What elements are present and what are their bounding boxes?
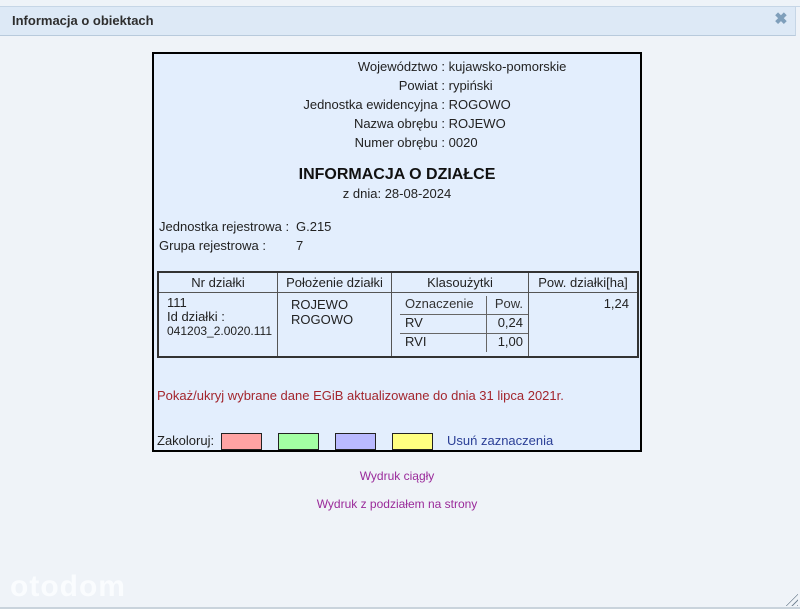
location-row: Powiat : rypiński (154, 76, 566, 95)
registry-info: Jednostka rejestrowa :G.215 Grupa rejest… (159, 217, 331, 255)
column-header: Położenie działki (278, 272, 392, 293)
parcel-table: Nr działki Położenie działki Klasoużytki… (157, 271, 639, 358)
color-swatch-yellow[interactable] (392, 433, 433, 450)
location-label: Numer obrębu : (154, 133, 445, 152)
column-header: Pow. działki[ha] (529, 272, 639, 293)
parcel-location-cell: ROJEWO ROGOWO (278, 293, 392, 358)
registry-label: Jednostka rejestrowa : (159, 217, 296, 236)
land-class-symbol: RVI (400, 334, 487, 353)
column-header: Klasoużytki (392, 272, 529, 293)
land-class-area: 1,00 (487, 334, 529, 353)
land-class-area: 0,24 (487, 315, 529, 334)
color-swatch-green[interactable] (278, 433, 319, 450)
land-class-cell: Oznaczenie Pow. RV 0,24 RVI 1,00 (392, 293, 529, 358)
parcel-id-label: Id działki : (167, 310, 277, 324)
dialog-titlebar[interactable]: Informacja o obiektach ✖ (0, 7, 796, 36)
clear-selection-link[interactable]: Usuń zaznaczenia (447, 433, 553, 448)
location-value: 0020 (449, 135, 478, 150)
location-row: Nazwa obrębu : ROJEWO (154, 114, 566, 133)
report-heading: INFORMACJA O DZIAŁCE (154, 166, 640, 184)
parcel-location-line: ROJEWO (291, 297, 391, 312)
parcel-number: 111 (167, 296, 277, 310)
location-info: Województwo : kujawsko-pomorskie Powiat … (154, 57, 566, 152)
location-value: kujawsko-pomorskie (449, 59, 567, 74)
location-label: Nazwa obrębu : (154, 114, 445, 133)
parcel-location-line: ROGOWO (291, 312, 391, 327)
registry-row: Grupa rejestrowa :7 (159, 236, 331, 255)
land-class-header: Oznaczenie Pow. (400, 296, 528, 315)
land-class-row: RV 0,24 (400, 315, 528, 334)
land-class-header-cell: Oznaczenie (400, 296, 487, 315)
parcel-number-cell: 111 Id działki : 041203_2.0020.111 (158, 293, 278, 358)
location-label: Województwo : (154, 57, 445, 76)
land-class-header-cell: Pow. (487, 296, 529, 315)
registry-row: Jednostka rejestrowa :G.215 (159, 217, 331, 236)
table-header-row: Nr działki Położenie działki Klasoużytki… (158, 272, 638, 293)
location-label: Powiat : (154, 76, 445, 95)
land-class-symbol: RV (400, 315, 487, 334)
close-icon[interactable]: ✖ (773, 11, 789, 29)
watermark-logo: otodom (10, 570, 126, 604)
location-row: Jednostka ewidencyjna : ROGOWO (154, 95, 566, 114)
location-value: rypiński (449, 78, 493, 93)
location-row: Województwo : kujawsko-pomorskie (154, 57, 566, 76)
parcel-info-box: Województwo : kujawsko-pomorskie Powiat … (152, 52, 642, 452)
land-class-row: RVI 1,00 (400, 334, 528, 353)
parcel-id-value: 041203_2.0020.111 (167, 324, 277, 338)
table-row: 111 Id działki : 041203_2.0020.111 ROJEW… (158, 293, 638, 358)
dialog-content: Województwo : kujawsko-pomorskie Powiat … (0, 36, 800, 601)
registry-label: Grupa rejestrowa : (159, 236, 296, 255)
location-row: Numer obrębu : 0020 (154, 133, 566, 152)
land-class-table: Oznaczenie Pow. RV 0,24 RVI 1,00 (400, 296, 528, 352)
top-strip (0, 0, 800, 7)
column-header: Nr działki (158, 272, 278, 293)
color-swatch-blue[interactable] (335, 433, 376, 450)
color-swatch-red[interactable] (221, 433, 262, 450)
registry-value: 7 (296, 238, 303, 253)
location-label: Jednostka ewidencyjna : (154, 95, 445, 114)
registry-value: G.215 (296, 219, 331, 234)
print-paged-link[interactable]: Wydruk z podziałem na strony (0, 497, 794, 511)
colorize-label: Zakoloruj: (157, 433, 214, 448)
dialog-title: Informacja o obiektach (12, 13, 154, 28)
location-value: ROGOWO (449, 97, 511, 112)
egib-toggle-link[interactable]: Pokaż/ukryj wybrane dane EGiB aktualizow… (157, 388, 564, 403)
report-date: z dnia: 28-08-2024 (154, 186, 640, 201)
parcel-area-cell: 1,24 (529, 293, 639, 358)
print-continuous-link[interactable]: Wydruk ciągły (0, 469, 794, 483)
location-value: ROJEWO (449, 116, 506, 131)
